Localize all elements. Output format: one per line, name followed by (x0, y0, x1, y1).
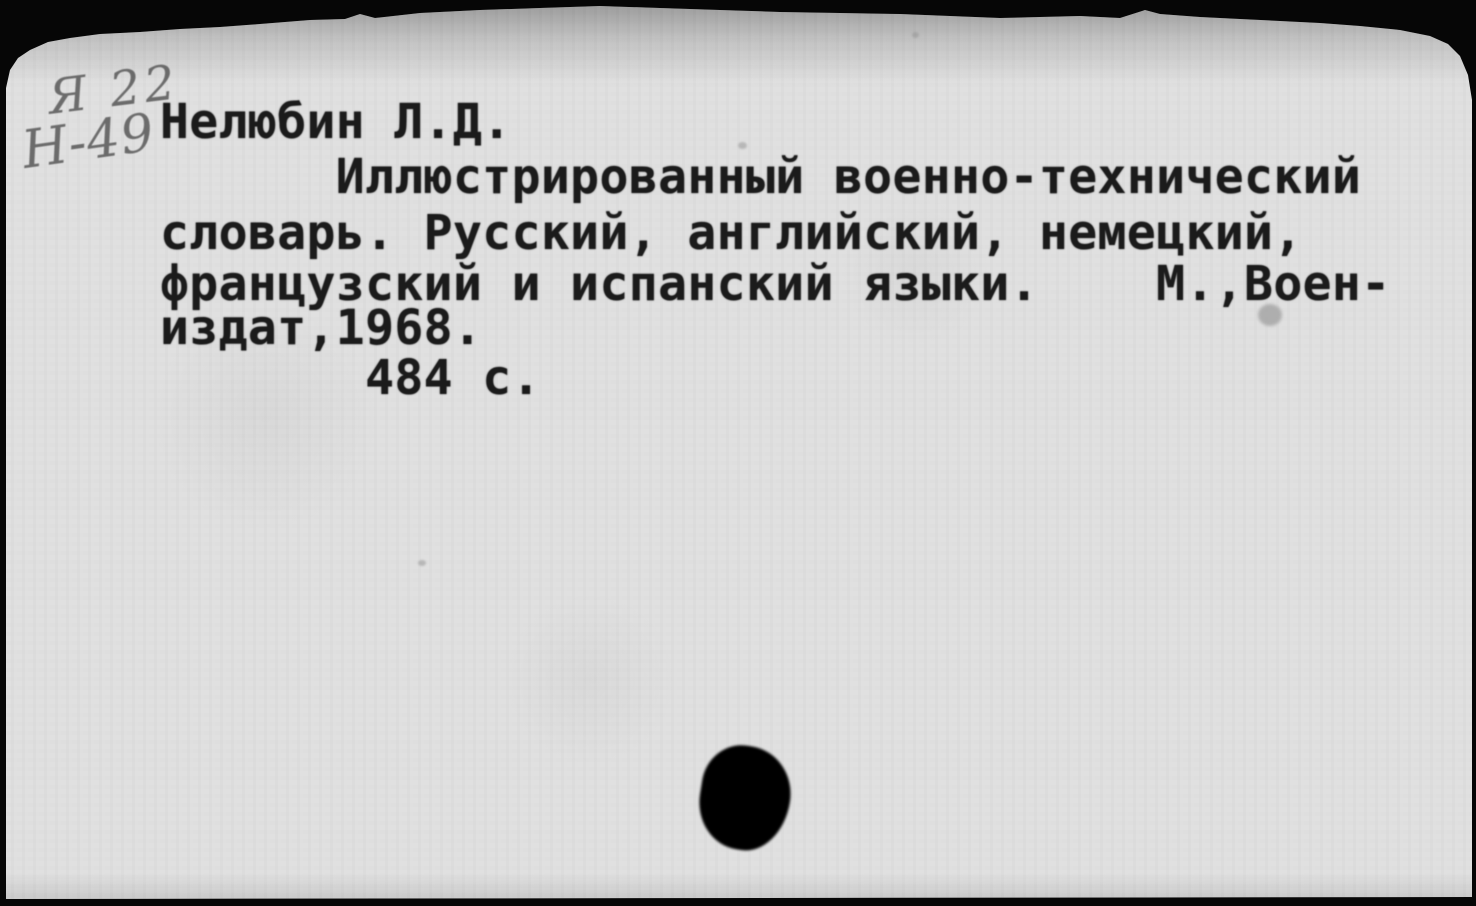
smudge-dot (1258, 304, 1282, 326)
typed-line-imprint: издат,1968. (160, 304, 482, 352)
paper-speck (738, 142, 747, 149)
typed-line-author: Нелюбин Л.Д. (160, 98, 512, 146)
scanned-card-background: Я 22 Н-49 Нелюбин Л.Д. Иллюстрированный … (0, 0, 1476, 906)
catalog-card: Я 22 Н-49 Нелюбин Л.Д. Иллюстрированный … (0, 0, 1476, 906)
typed-line-title-1: Иллюстрированный военно-технический (160, 153, 1361, 201)
typed-line-title-2: словарь. Русский, английский, немецкий, (160, 209, 1303, 257)
typed-line-pagination: 484 с. (160, 354, 541, 402)
paper-speck (418, 560, 426, 566)
paper-speck (912, 32, 919, 38)
